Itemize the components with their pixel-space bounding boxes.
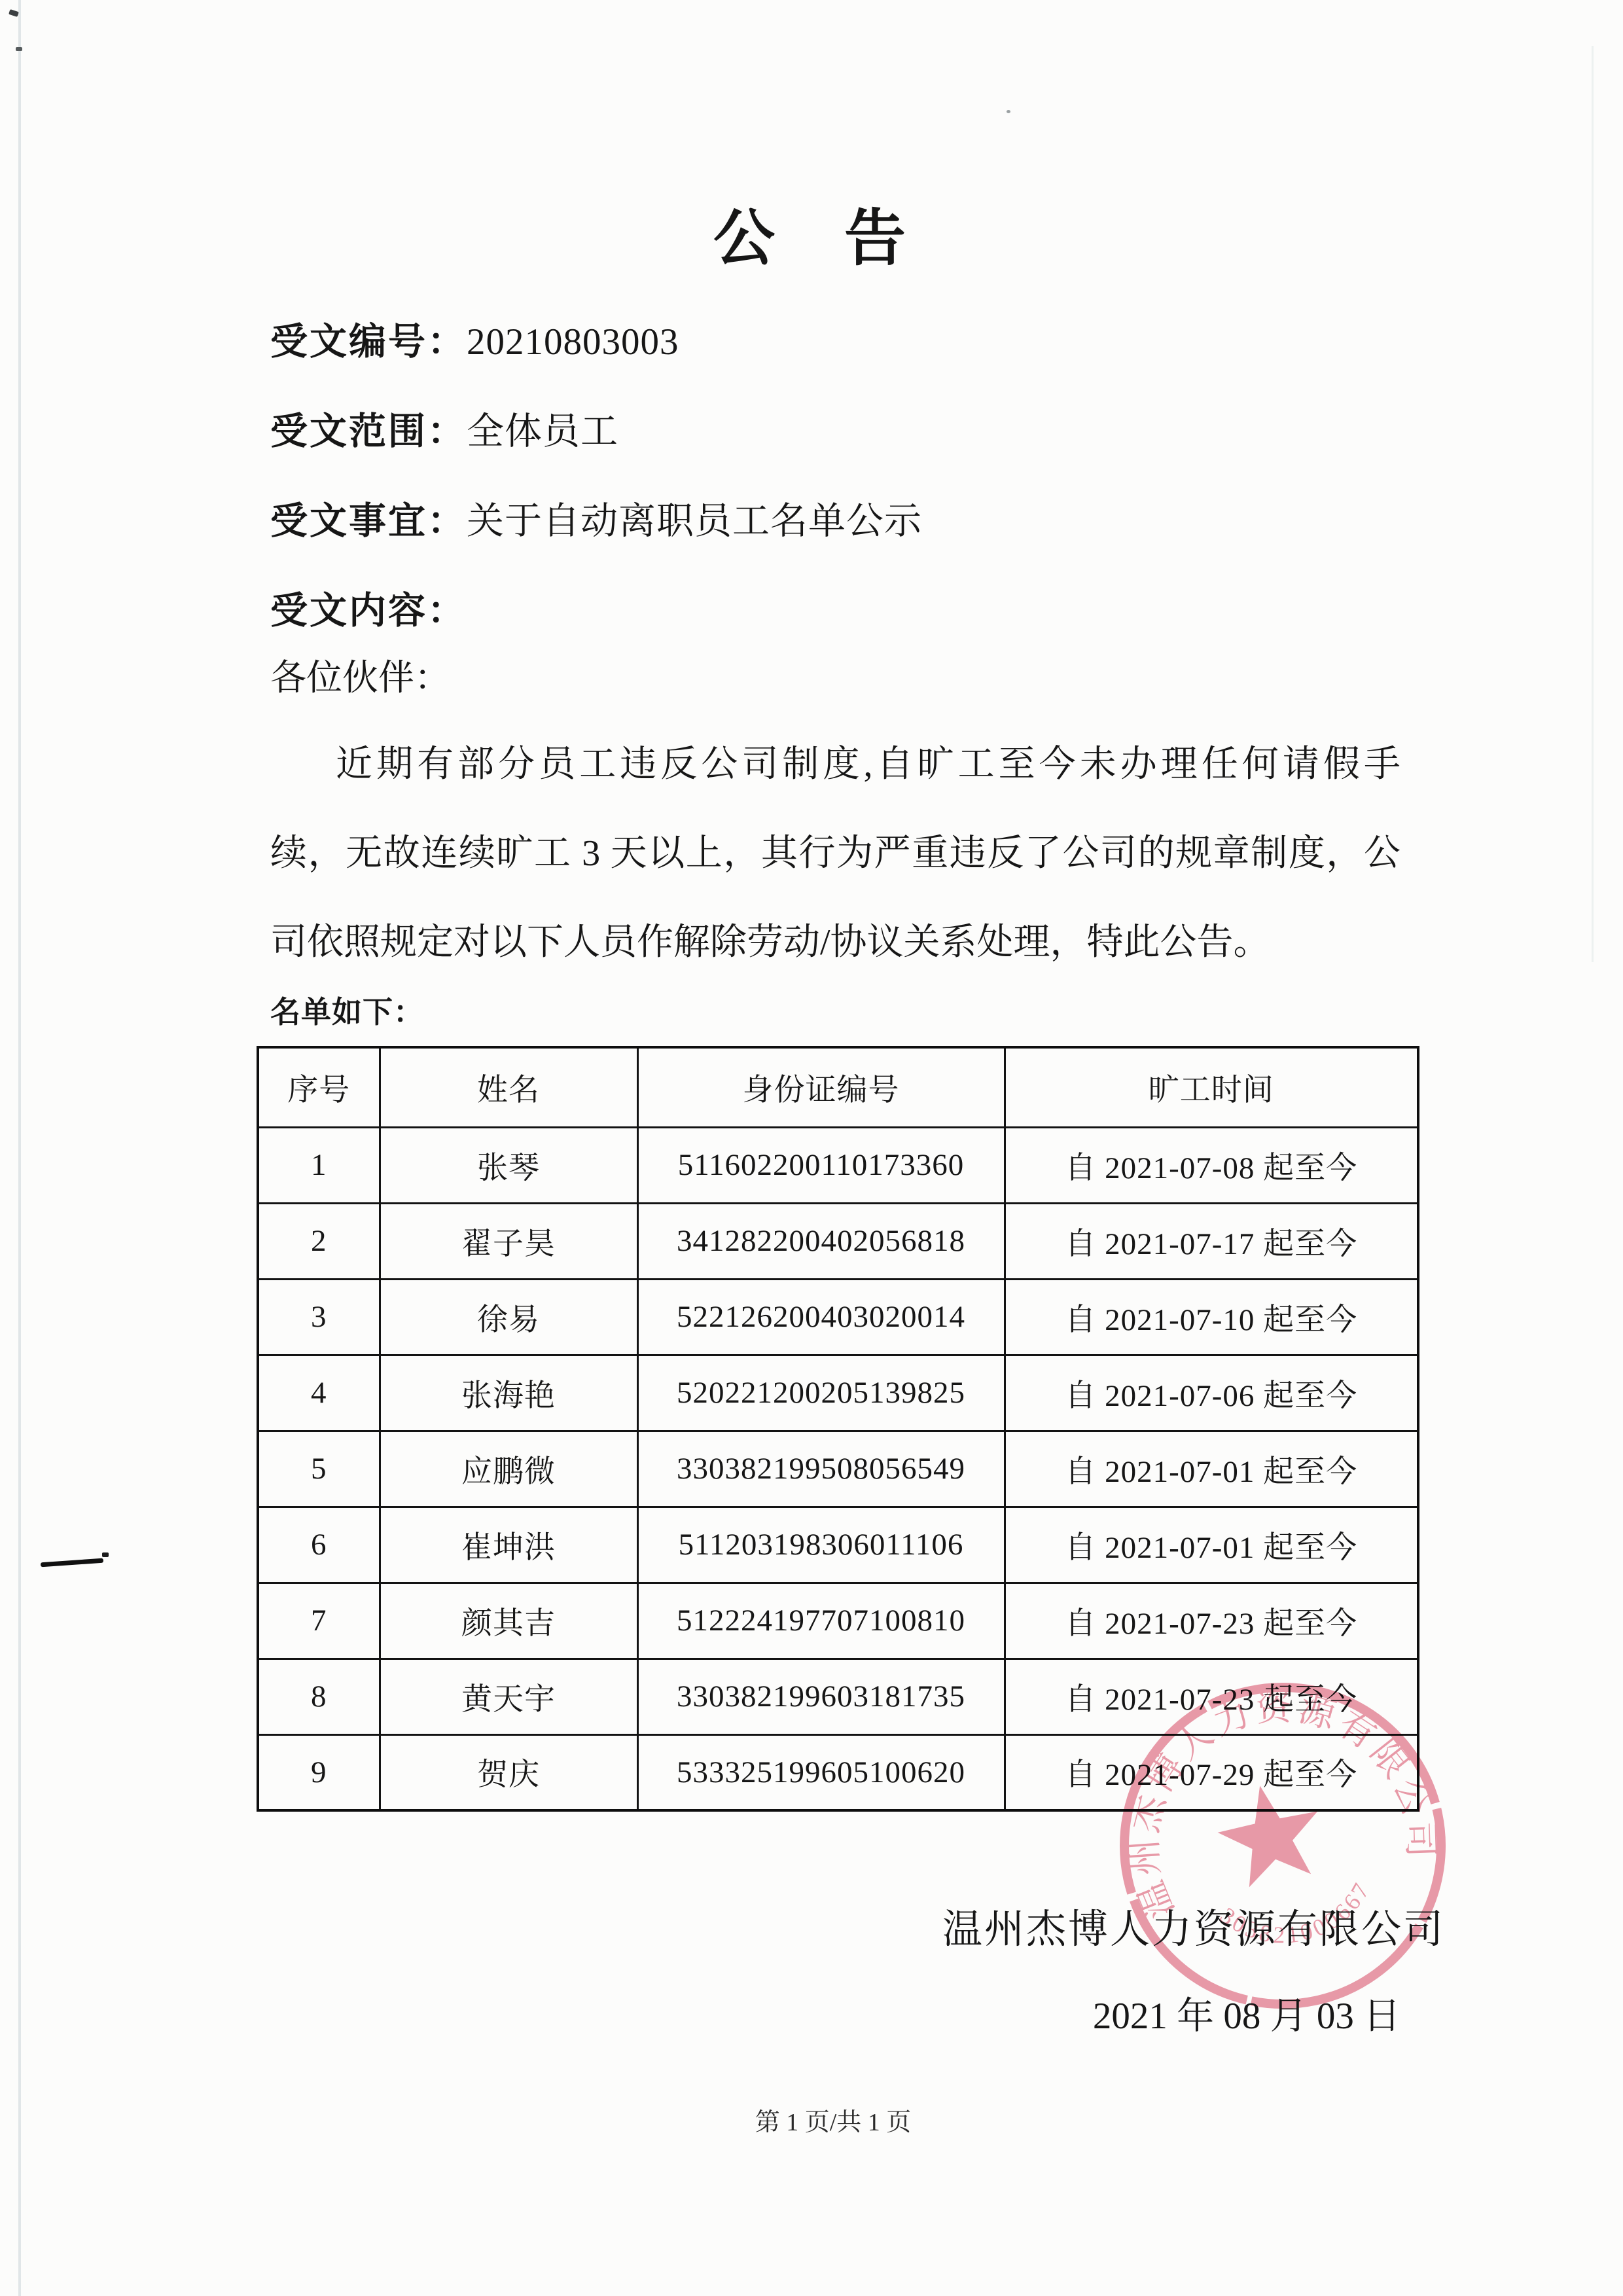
scan-artifact-ink-scratch [41, 1558, 103, 1568]
table-cell: 6 [258, 1507, 380, 1583]
scan-artifact-right-streak [1592, 46, 1594, 962]
field-doc-number: 受文编号：20210803003 [270, 323, 679, 361]
table-cell: 512224197707100810 [637, 1583, 1005, 1659]
field-scope: 受文范围：全体员工 [270, 413, 618, 450]
salutation: 各位伙伴： [270, 660, 450, 696]
table-row: 6崔坤洪511203198306011106自 2021-07-01 起至今 [258, 1507, 1418, 1583]
table-cell: 341282200402056818 [637, 1203, 1005, 1279]
column-header-index: 序号 [258, 1047, 380, 1127]
table-cell: 翟子昊 [380, 1203, 637, 1279]
field-scope-value: 全体员工 [467, 411, 618, 452]
table-cell: 颜其吉 [380, 1583, 637, 1659]
table-cell: 自 2021-07-17 起至今 [1005, 1203, 1418, 1279]
table-cell: 自 2021-07-06 起至今 [1005, 1355, 1418, 1431]
scan-artifact-ink-scratch [102, 1552, 109, 1557]
table-cell: 330382199508056549 [637, 1431, 1005, 1507]
table-row: 7颜其吉512224197707100810自 2021-07-23 起至今 [258, 1583, 1418, 1659]
column-header-absence-period: 旷工时间 [1005, 1047, 1418, 1127]
table-cell: 2 [258, 1203, 380, 1279]
table-cell: 511203198306011106 [637, 1507, 1005, 1583]
table-cell: 522126200403020014 [637, 1279, 1005, 1355]
table-cell: 511602200110173360 [637, 1127, 1005, 1203]
stamp-company-text: 温州杰博人力资源有限公司 [1099, 1662, 1448, 1926]
stamp-star-icon [1210, 1775, 1330, 1891]
table-cell: 7 [258, 1583, 380, 1659]
table-cell: 徐易 [380, 1279, 637, 1355]
signature-company: 温州杰博人力资源有限公司 [942, 1910, 1400, 1950]
table-row: 1张琴511602200110173360自 2021-07-08 起至今 [258, 1127, 1418, 1203]
table-cell: 8 [258, 1659, 380, 1734]
scan-artifact-speck [9, 9, 19, 17]
field-subject: 受文事宜：关于自动离职员工名单公示 [270, 503, 922, 540]
table-cell: 3 [258, 1279, 380, 1355]
table-row: 3徐易522126200403020014自 2021-07-10 起至今 [258, 1279, 1418, 1355]
stamp-seal-graphic: 温州杰博人力资源有限公司 33038210006674 [1099, 1662, 1466, 2029]
table-cell: 自 2021-07-01 起至今 [1005, 1431, 1418, 1507]
table-cell: 自 2021-07-08 起至今 [1005, 1127, 1418, 1203]
field-doc-number-value: 20210803003 [467, 321, 679, 363]
body-paragraph-line: 司依照规定对以下人员作解除劳动/协议关系处理，特此公告。 [270, 924, 1400, 961]
table-cell: 自 2021-07-10 起至今 [1005, 1279, 1418, 1355]
table-cell: 自 2021-07-23 起至今 [1005, 1583, 1418, 1659]
scan-artifact-speck [1007, 110, 1010, 113]
table-cell: 张海艳 [380, 1355, 637, 1431]
table-cell: 张琴 [380, 1127, 637, 1203]
table-cell: 应鹏微 [380, 1431, 637, 1507]
table-cell: 5 [258, 1431, 380, 1507]
document-title: 公 告 [0, 208, 1623, 270]
signature-date: 2021 年 08 月 03 日 [1083, 1998, 1410, 2035]
list-intro: 名单如下： [270, 997, 424, 1028]
field-doc-number-label: 受文编号： [270, 321, 467, 363]
table-header-row: 序号 姓名 身份证编号 旷工时间 [258, 1047, 1418, 1127]
scan-artifact-left-line [18, 0, 21, 2296]
field-subject-value: 关于自动离职员工名单公示 [467, 501, 922, 542]
field-scope-label: 受文范围： [270, 411, 467, 452]
field-subject-label: 受文事宜： [270, 501, 467, 542]
table-cell: 贺庆 [380, 1734, 637, 1810]
body-paragraph-line: 近期有部分员工违反公司制度,自旷工至今未办理任何请假手 [270, 746, 1400, 783]
table-row: 2翟子昊341282200402056818自 2021-07-17 起至今 [258, 1203, 1418, 1279]
table-cell: 1 [258, 1127, 380, 1203]
column-header-id-number: 身份证编号 [637, 1047, 1005, 1127]
field-content-label: 受文内容： [270, 590, 467, 632]
table-cell: 自 2021-07-01 起至今 [1005, 1507, 1418, 1583]
table-cell: 黄天宇 [380, 1659, 637, 1734]
table-cell: 崔坤洪 [380, 1507, 637, 1583]
field-content: 受文内容： [270, 592, 467, 630]
table-cell: 330382199603181735 [637, 1659, 1005, 1734]
table-row: 5应鹏微330382199508056549自 2021-07-01 起至今 [258, 1431, 1418, 1507]
company-stamp: 温州杰博人力资源有限公司 33038210006674 [1099, 1662, 1466, 2029]
table-cell: 9 [258, 1734, 380, 1810]
table-cell: 4 [258, 1355, 380, 1431]
page-indicator: 第 1 页/共 1 页 [702, 2110, 964, 2135]
body-paragraph-line: 续，无故连续旷工 3 天以上，其行为严重违反了公司的规章制度，公 [270, 835, 1400, 872]
document-page: 公 告 受文编号：20210803003 受文范围：全体员工 受文事宜：关于自动… [0, 0, 1623, 2296]
table-row: 4张海艳520221200205139825自 2021-07-06 起至今 [258, 1355, 1418, 1431]
scan-artifact-speck [16, 47, 22, 51]
column-header-name: 姓名 [380, 1047, 637, 1127]
table-cell: 533325199605100620 [637, 1734, 1005, 1810]
table-cell: 520221200205139825 [637, 1355, 1005, 1431]
